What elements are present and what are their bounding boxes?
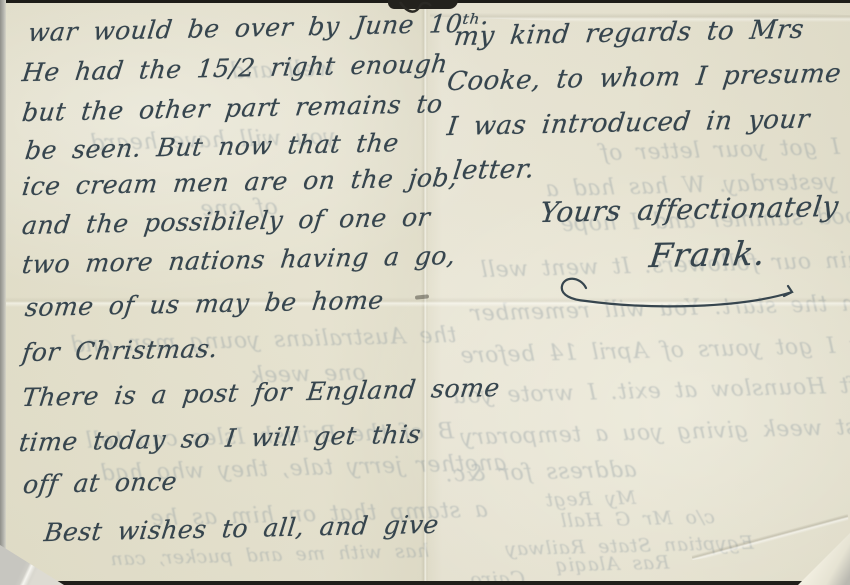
ghost-line: Ras Alaqiq bbox=[555, 552, 670, 577]
letter-signature: Frank. bbox=[647, 234, 768, 276]
ghost-line: c/o Mr G Hall bbox=[560, 506, 715, 532]
letter-line: letter. bbox=[451, 154, 536, 186]
scan-bottom-edge bbox=[0, 581, 850, 585]
signature-flourish bbox=[552, 272, 812, 318]
wire-hook-mark bbox=[398, 0, 432, 16]
letter-closing: Yours affectionately bbox=[538, 190, 841, 229]
letter-line: off at once bbox=[22, 467, 179, 499]
scan-left-edge bbox=[0, 0, 6, 585]
letter-line: for Christmas. bbox=[21, 334, 220, 367]
letter-scan: { "document": { "kind": "handwritten let… bbox=[0, 0, 850, 585]
center-fold-crease bbox=[421, 0, 428, 585]
